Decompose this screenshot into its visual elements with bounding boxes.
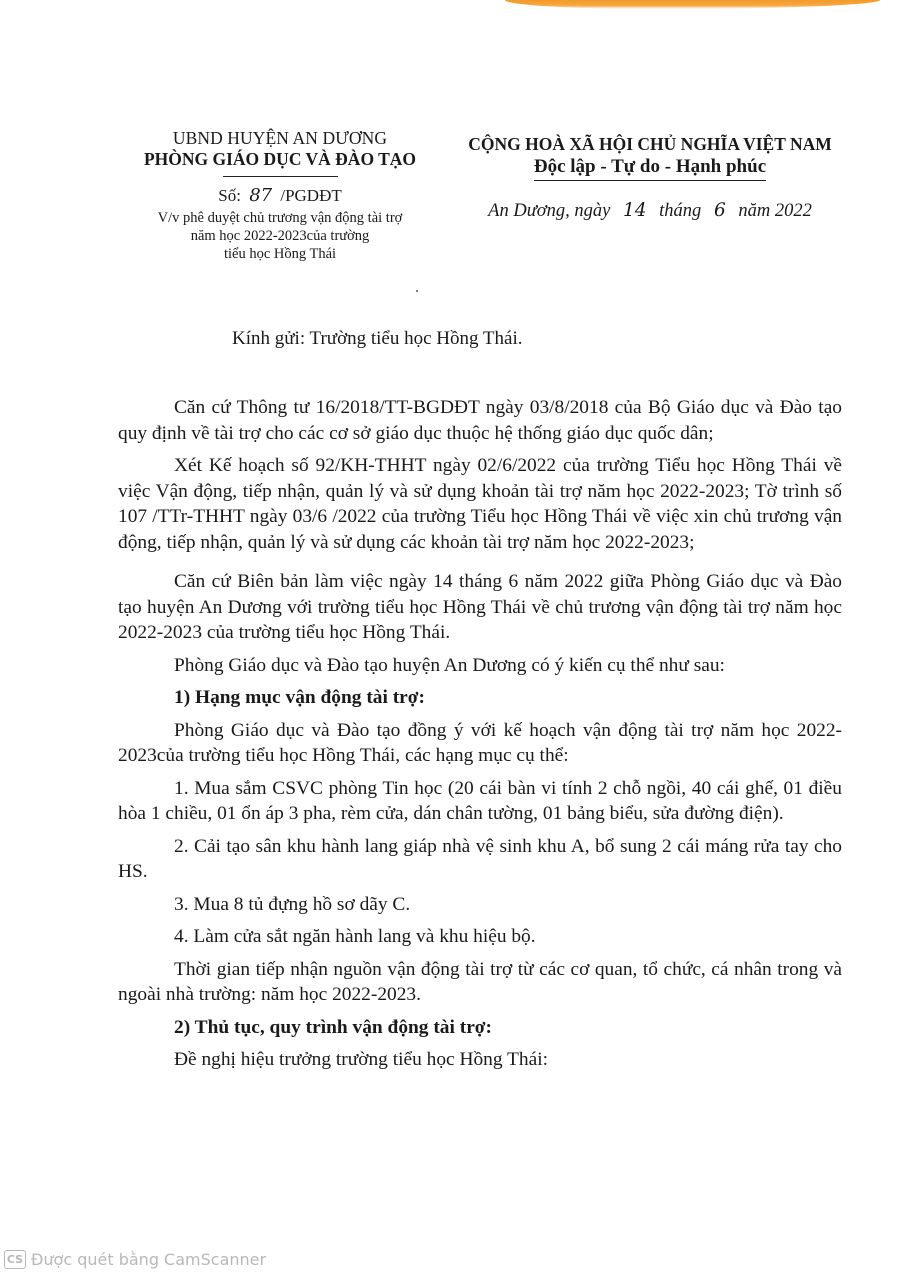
scanner-watermark: CS Được quét bằng CamScanner	[4, 1250, 266, 1269]
date-month-label: tháng	[659, 201, 701, 221]
issuer-agency: UBND HUYỆN AN DƯƠNG	[120, 128, 440, 148]
date-month: 6	[714, 200, 726, 221]
document-date: An Dương, ngày 14 tháng 6 năm 2022	[440, 199, 860, 223]
national-header: CỘNG HOÀ XÃ HỘI CHỦ NGHĨA VIỆT NAM Độc l…	[440, 133, 860, 223]
date-year: năm 2022	[738, 201, 812, 221]
camscanner-icon: CS	[4, 1250, 26, 1269]
document-number-suffix: /PGDĐT	[280, 186, 341, 205]
issuer-department: PHÒNG GIÁO DỤC VÀ ĐÀO TẠO	[120, 148, 440, 170]
salutation: Kính gửi: Trường tiểu học Hồng Thái.	[232, 328, 523, 350]
scan-speck	[416, 290, 418, 292]
watermark-text: Được quét bằng CamScanner	[31, 1250, 266, 1269]
national-title: CỘNG HOÀ XÃ HỘI CHỦ NGHĨA VIỆT NAM	[440, 133, 860, 155]
section1-item: 4. Làm cửa sắt ngăn hành lang và khu hiệ…	[118, 924, 842, 950]
date-place: An Dương, ngày	[488, 201, 610, 221]
document-number-prefix: Số:	[218, 186, 241, 205]
section1-item: 3. Mua 8 tủ đựng hồ sơ dãy C.	[118, 892, 842, 918]
opinion-intro: Phòng Giáo dục và Đào tạo huyện An Dương…	[118, 653, 842, 679]
subject-line: năm học 2022-2023của trường	[120, 227, 440, 245]
section1-timeframe: Thời gian tiếp nhận nguồn vận động tài t…	[118, 957, 842, 1008]
minutes-paragraph: Căn cứ Biên bản làm việc ngày 14 tháng 6…	[118, 569, 842, 646]
section1-heading: 1) Hạng mục vận động tài trợ:	[118, 685, 842, 711]
document-number-handwritten: 87	[249, 185, 272, 206]
legal-basis-paragraph: Căn cứ Thông tư 16/2018/TT-BGDĐT ngày 03…	[118, 395, 842, 446]
header-divider	[223, 176, 338, 177]
section2-intro: Đề nghị hiệu trưởng trường tiểu học Hồng…	[118, 1047, 842, 1073]
document-subject: V/v phê duyệt chủ trương vận động tài tr…	[120, 209, 440, 263]
date-day: 14	[623, 200, 647, 221]
section1-item: 2. Cải tạo sân khu hành lang giáp nhà vệ…	[118, 834, 842, 885]
section2-heading: 2) Thủ tục, quy trình vận động tài trợ:	[118, 1015, 842, 1041]
scan-stain	[505, 0, 880, 9]
national-motto: Độc lập - Tự do - Hạnh phúc	[534, 155, 766, 181]
document-number: Số: 87 /PGDĐT	[120, 185, 440, 207]
section1-item: 1. Mua sắm CSVC phòng Tin học (20 cái bà…	[118, 776, 842, 827]
issuer-header: UBND HUYỆN AN DƯƠNG PHÒNG GIÁO DỤC VÀ ĐÀ…	[120, 128, 440, 263]
subject-line: V/v phê duyệt chủ trương vận động tài tr…	[120, 209, 440, 227]
section1-intro: Phòng Giáo dục và Đào tạo đồng ý với kế …	[118, 718, 842, 769]
consideration-paragraph: Xét Kế hoạch số 92/KH-THHT ngày 02/6/202…	[118, 453, 842, 555]
document-body: Căn cứ Thông tư 16/2018/TT-BGDĐT ngày 03…	[118, 395, 842, 1073]
subject-line: tiểu học Hồng Thái	[120, 245, 440, 263]
